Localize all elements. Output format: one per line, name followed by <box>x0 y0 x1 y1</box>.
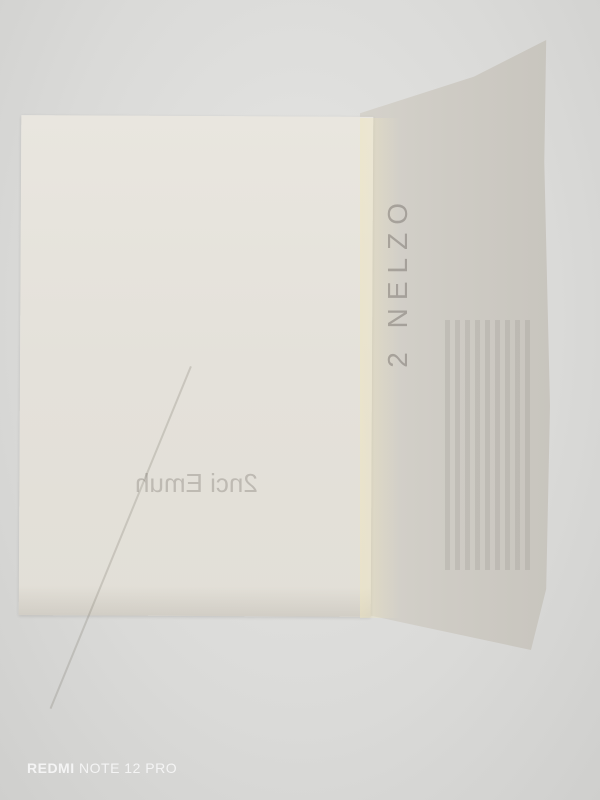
flap-text: 2 NELZO <box>382 195 414 368</box>
small-print-block <box>445 320 535 570</box>
watermark-model: NOTE 12 PRO <box>79 760 177 776</box>
fold-line <box>360 118 400 618</box>
bleed-through-text: 2nci Emuh <box>135 468 258 499</box>
paper-sheet <box>19 115 374 617</box>
watermark-brand: REDMI <box>27 760 75 776</box>
camera-watermark: REDMI NOTE 12 PRO <box>27 760 177 776</box>
